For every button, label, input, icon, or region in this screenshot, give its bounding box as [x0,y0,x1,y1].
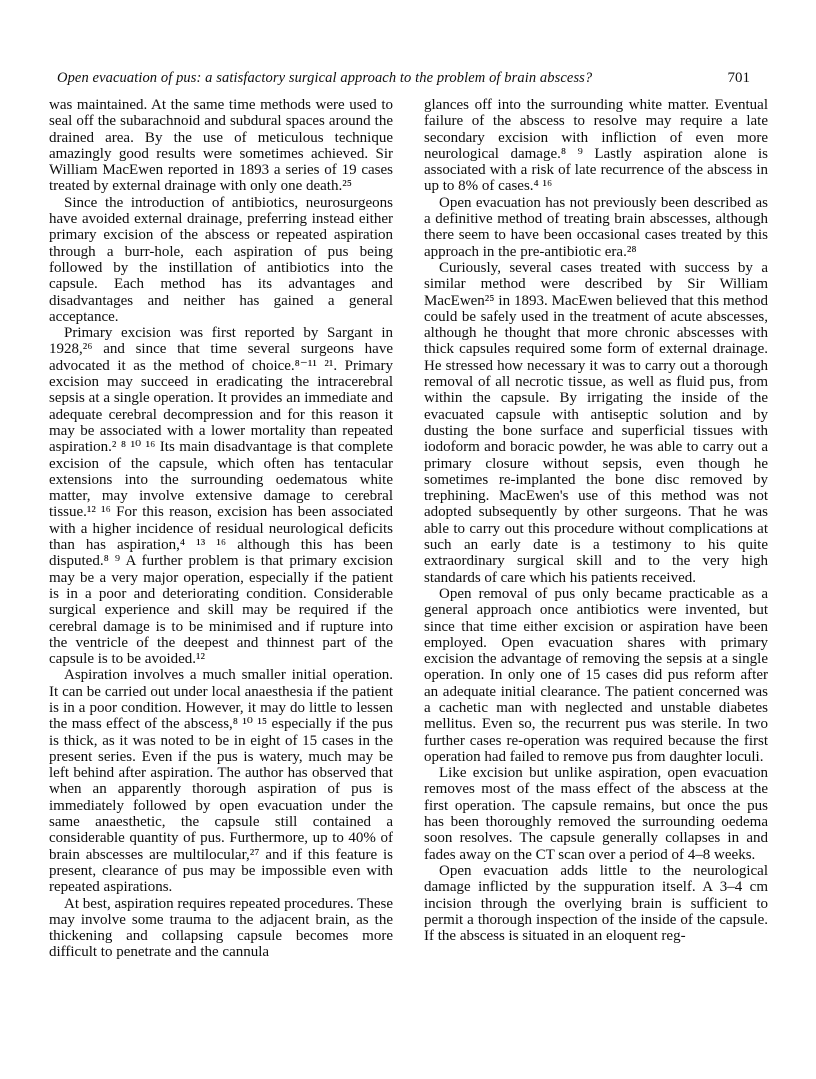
paragraph: Open removal of pus only became practica… [424,586,768,765]
paragraph: Curiously, several cases treated with su… [424,260,768,586]
right-column: glances off into the surrounding white m… [424,97,768,961]
left-column: was maintained. At the same time methods… [49,97,393,961]
running-title: Open evacuation of pus: a satisfactory s… [57,70,592,87]
paragraph: glances off into the surrounding white m… [424,97,768,195]
paragraph: was maintained. At the same time methods… [49,97,393,195]
body-text: was maintained. At the same time methods… [49,97,768,961]
paragraph: Like excision but unlike aspiration, ope… [424,765,768,863]
paragraph: At best, aspiration requires repeated pr… [49,896,393,961]
page-number: 701 [728,70,767,87]
running-head: Open evacuation of pus: a satisfactory s… [57,70,766,87]
paragraph: Open evacuation adds little to the neuro… [424,863,768,944]
journal-page: Open evacuation of pus: a satisfactory s… [0,0,816,1079]
paragraph: Open evacuation has not previously been … [424,195,768,260]
paragraph: Primary excision was first reported by S… [49,325,393,667]
paragraph: Aspiration involves a much smaller initi… [49,667,393,895]
paragraph: Since the introduction of antibiotics, n… [49,195,393,325]
